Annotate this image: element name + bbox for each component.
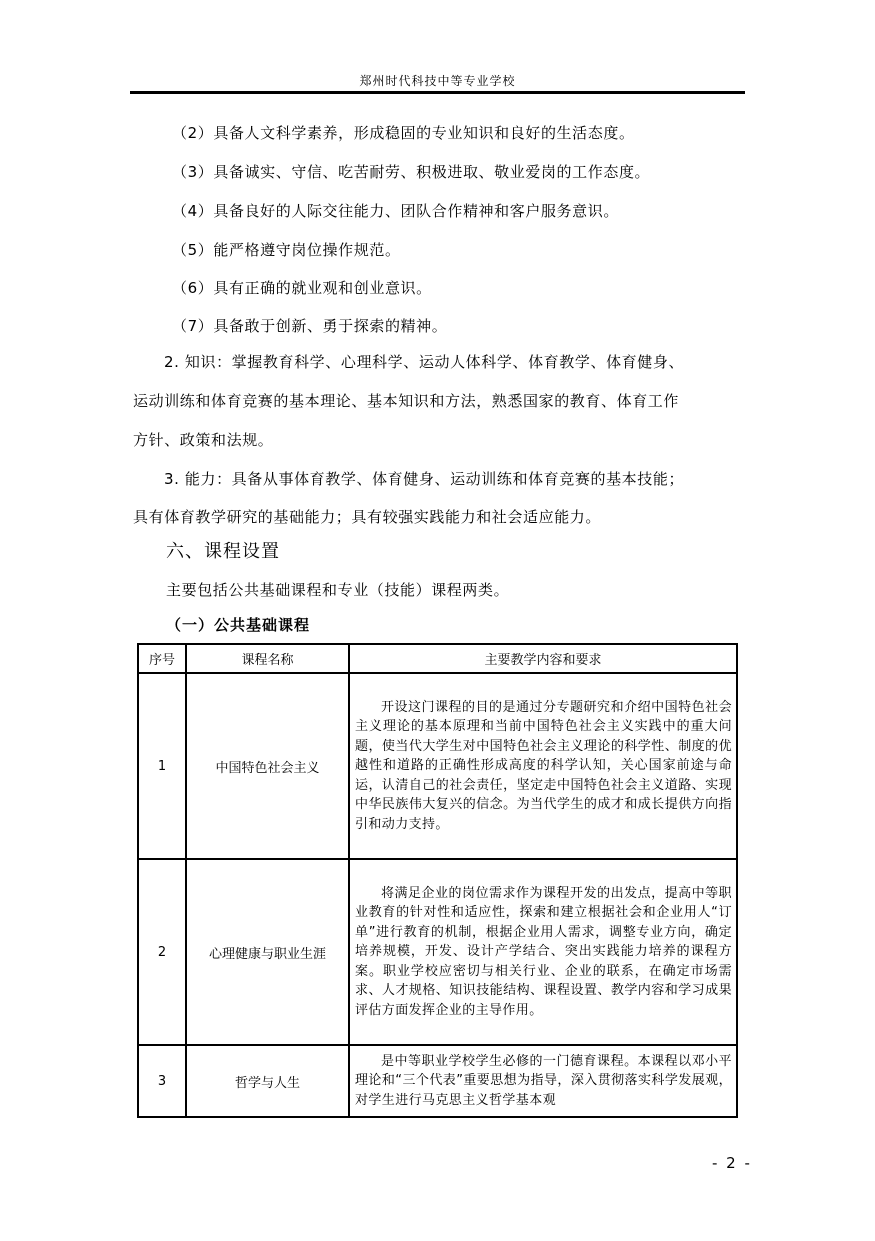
table-row: 3 哲学与人生 是中等职业学校学生必修的一门德育课程。本课程以邓小平理论和“三个… (138, 1045, 737, 1117)
knowledge-line: 方针、政策和法规。 (133, 430, 273, 450)
cell-no: 3 (138, 1045, 186, 1117)
content-text: 将满足企业的岗位需求作为课程开发的出发点，提高中等职业教育的针对性和适应性，探索… (355, 884, 732, 1021)
ability-line: 具有体育教学研究的基础能力；具有较强实践能力和社会适应能力。 (133, 507, 601, 527)
knowledge-line: 运动训练和体育竞赛的基本理论、基本知识和方法，熟悉国家的教育、体育工作 (133, 391, 679, 411)
quality-item: （7）具备敢于创新、勇于探索的精神。 (172, 316, 447, 336)
cell-content: 开设这门课程的目的是通过分专题研究和介绍中国特色社会主义理论的基本原理和当前中国… (349, 673, 737, 859)
header-course-name: 课程名称 (186, 644, 349, 673)
content-text: 开设这门课程的目的是通过分专题研究和介绍中国特色社会主义理论的基本原理和当前中国… (355, 698, 732, 835)
cell-no: 2 (138, 859, 186, 1045)
cell-content: 将满足企业的岗位需求作为课程开发的出发点，提高中等职业教育的针对性和适应性，探索… (349, 859, 737, 1045)
table-row: 1 中国特色社会主义 开设这门课程的目的是通过分专题研究和介绍中国特色社会主义理… (138, 673, 737, 859)
cell-no: 1 (138, 673, 186, 859)
quality-item: （5）能严格遵守岗位操作规范。 (172, 240, 401, 260)
cell-course-name: 心理健康与职业生涯 (186, 859, 349, 1045)
sub-heading: （一）公共基础课程 (166, 614, 310, 636)
header-content: 主要教学内容和要求 (349, 644, 737, 673)
school-name: 郑州时代科技中等专业学校 (130, 73, 745, 89)
cell-content: 是中等职业学校学生必修的一门德育课程。本课程以邓小平理论和“三个代表”重要思想为… (349, 1045, 737, 1117)
cell-course-name: 中国特色社会主义 (186, 673, 349, 859)
cell-course-name: 哲学与人生 (186, 1045, 349, 1117)
quality-item: （4）具备良好的人际交往能力、团队合作精神和客户服务意识。 (172, 201, 619, 221)
content-text: 是中等职业学校学生必修的一门德育课程。本课程以邓小平理论和“三个代表”重要思想为… (355, 1052, 732, 1111)
course-table: 序号 课程名称 主要教学内容和要求 1 中国特色社会主义 开设这门课程的目的是通… (137, 643, 738, 1118)
header-no: 序号 (138, 644, 186, 673)
section-intro: 主要包括公共基础课程和专业（技能）课程两类。 (166, 580, 509, 600)
table-row: 2 心理健康与职业生涯 将满足企业的岗位需求作为课程开发的出发点，提高中等职业教… (138, 859, 737, 1045)
section-heading: 六、课程设置 (166, 540, 280, 564)
quality-item: （2）具备人文科学素养，形成稳固的专业知识和良好的生活态度。 (172, 123, 635, 143)
knowledge-line: 2. 知识：掌握教育科学、心理科学、运动人体科学、体育教学、体育健身、 (164, 352, 684, 372)
header-divider (130, 91, 745, 94)
quality-item: （6）具有正确的就业观和创业意识。 (172, 278, 432, 298)
table-header-row: 序号 课程名称 主要教学内容和要求 (138, 644, 737, 673)
quality-item: （3）具备诚实、守信、吃苦耐劳、积极进取、敬业爱岗的工作态度。 (172, 162, 650, 182)
page-number: - 2 - (712, 1154, 752, 1172)
ability-line: 3. 能力：具备从事体育教学、体育健身、运动训练和体育竞赛的基本技能； (164, 469, 684, 489)
